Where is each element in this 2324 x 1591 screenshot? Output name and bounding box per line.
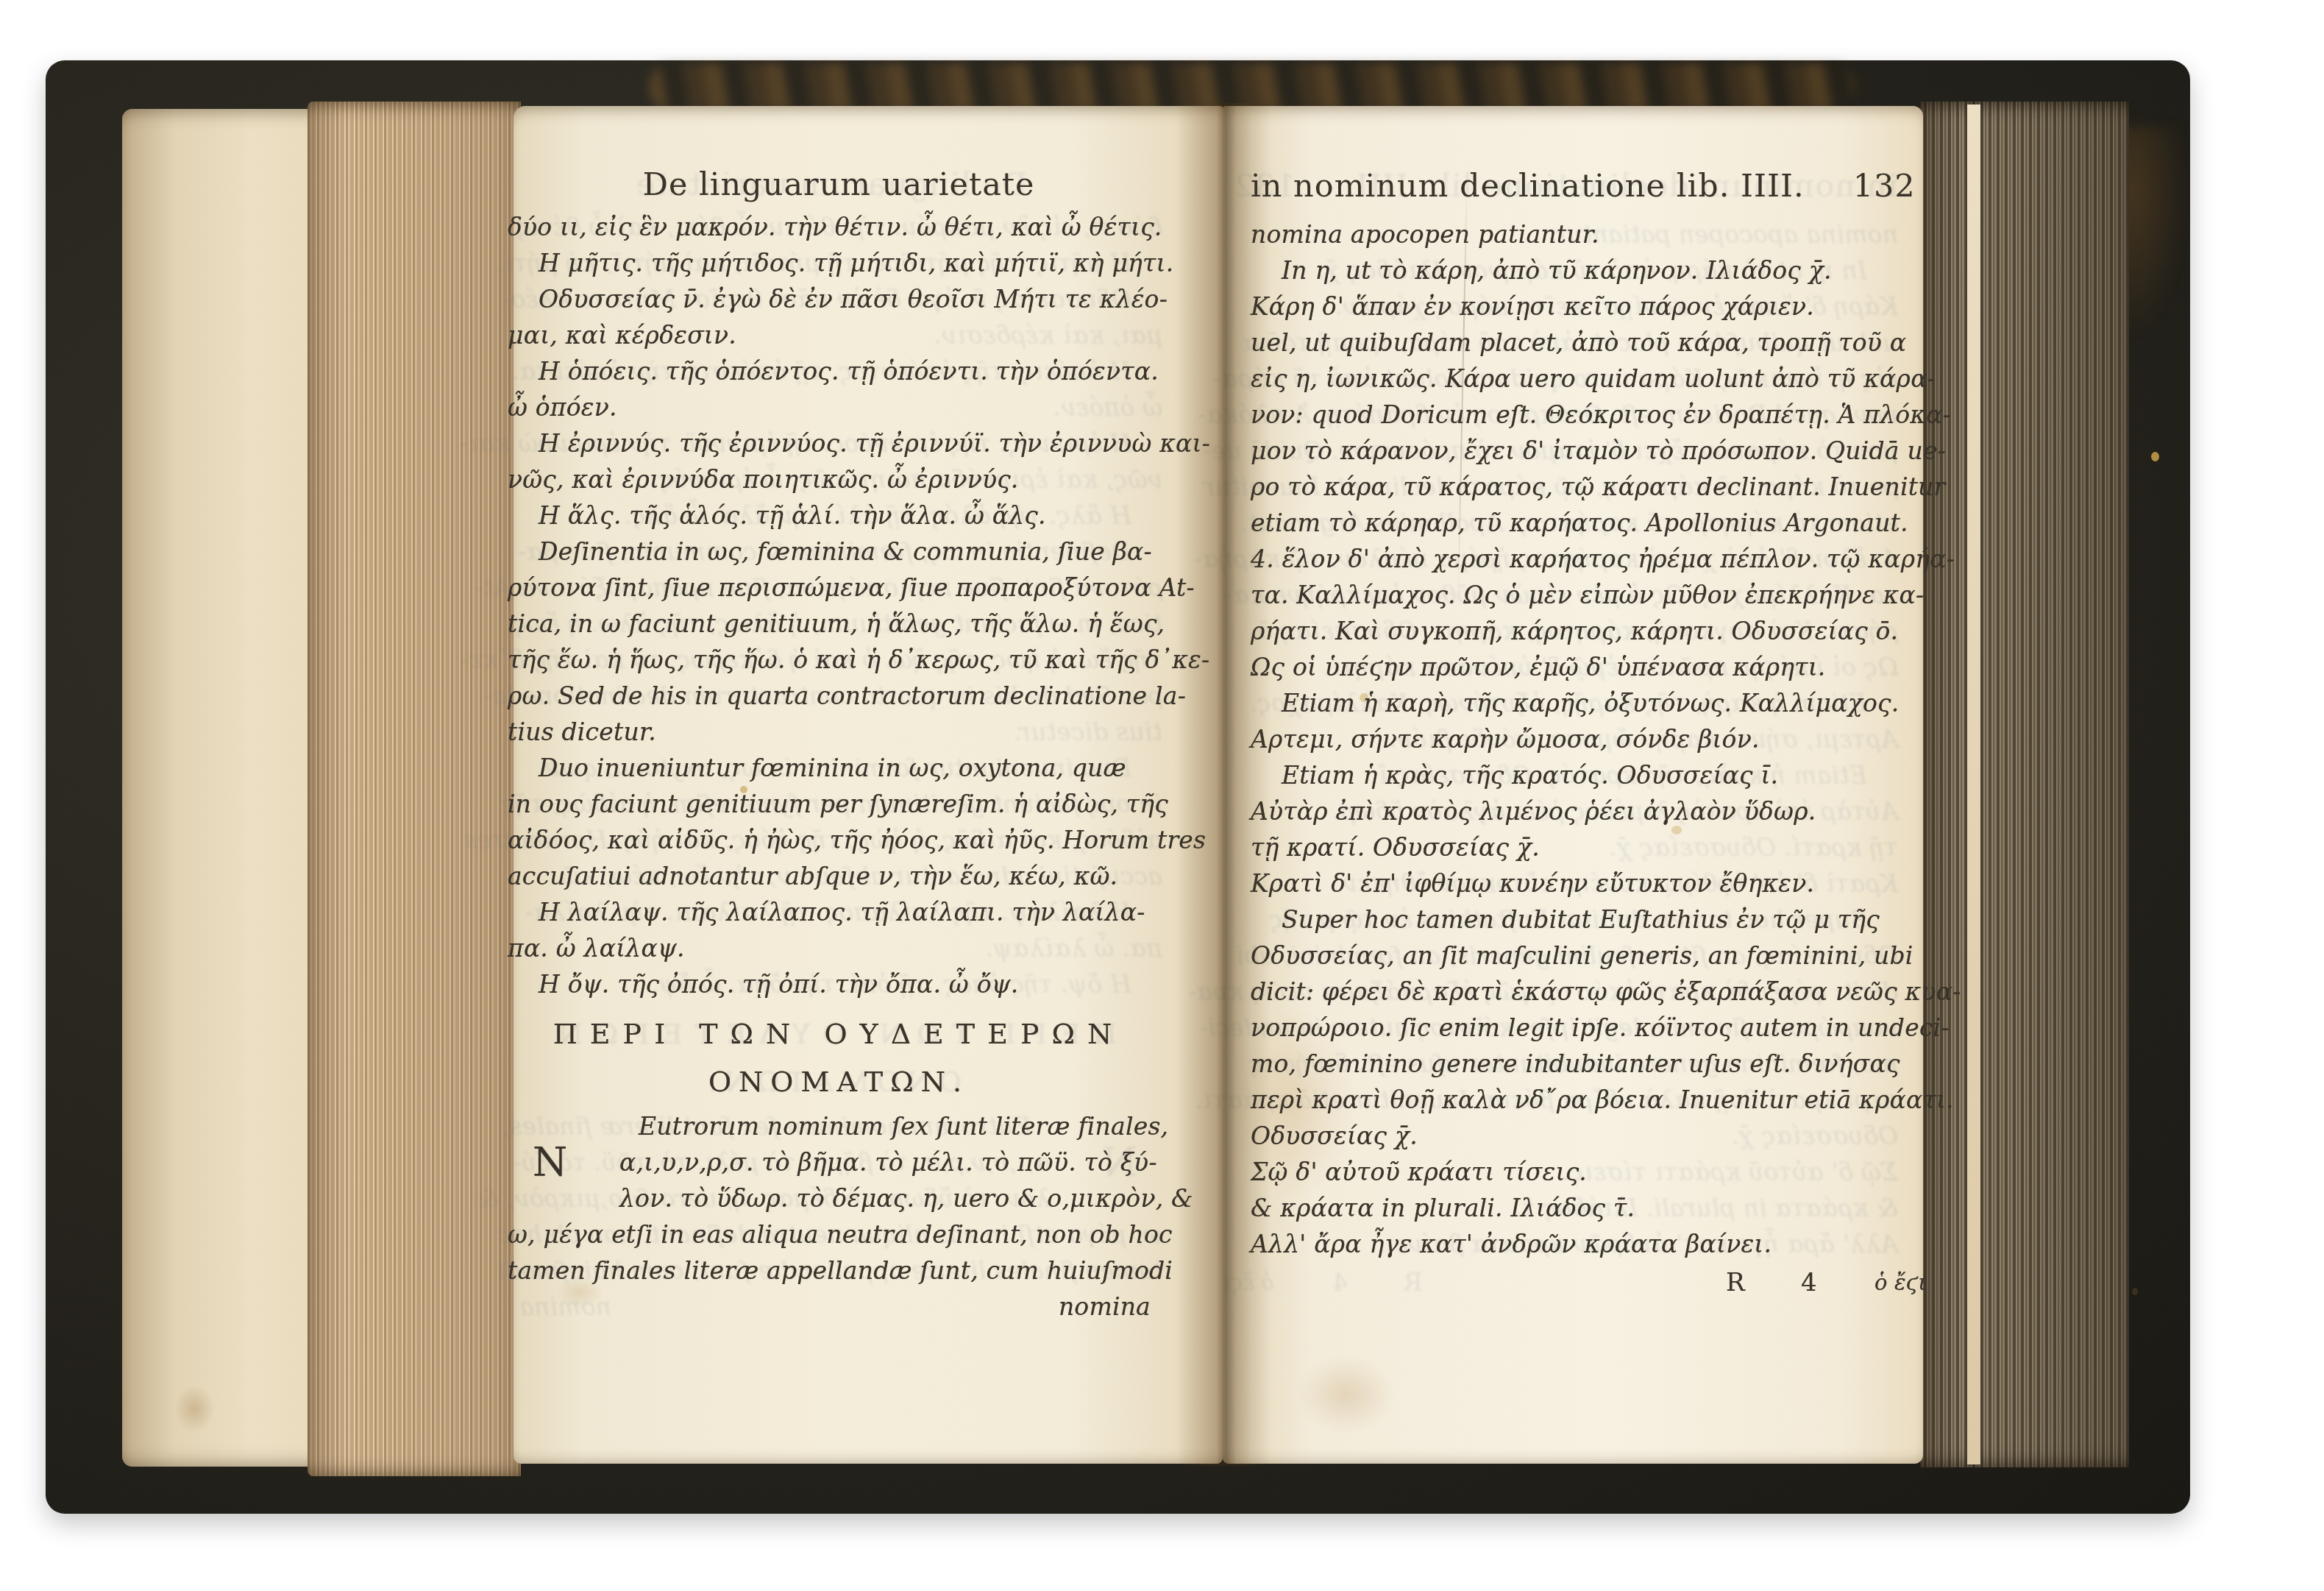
text-line: ρύτονα ſint, ſiue περισπώμενα, ſiue προπ… <box>508 570 1170 606</box>
text-line: Η ὄψ. τῆς ὀπός. τῇ ὀπί. τὴν ὄπα. ὦ ὄψ. <box>508 966 1170 1002</box>
text-line: εἰς η, ἰωνικῶς. Κάρα uero quidam uolunt … <box>1251 361 1905 397</box>
catchword: nomina <box>508 1289 1170 1325</box>
text-line: Eutrorum nominum ſex ſunt literæ finales… <box>508 1108 1170 1144</box>
text-line: Η ἅλς. τῆς ἁλός. τῇ ἁλί. τὴν ἅλα. ὦ ἅλς. <box>508 497 1170 534</box>
text-line: mo, fœminino genere indubitanter uſus eſ… <box>1251 1046 1905 1082</box>
text-line: In η, ut τὸ κάρη, ἀπὸ τῦ κάρηνον. Ιλιάδο… <box>1251 252 1905 288</box>
catchword: ὁ ἔϛι <box>1875 1265 1927 1301</box>
text-line: Deſinentia in ως, fœminina & communia, ſ… <box>508 534 1170 570</box>
text-line: Η λαίλαψ. τῆς λαίλαπος. τῇ λαίλαπι. τὴν … <box>508 894 1170 930</box>
text-line: Κάρη δ' ἅπαν ἐν κονίῃσι κεῖτο πάρος χάρι… <box>1251 288 1905 325</box>
page-edges-left <box>308 102 521 1476</box>
text-line: μαι, καὶ κέρδεσιν. <box>508 317 1170 353</box>
right-page-text: in nominum declinatione lib. IIII.132 no… <box>1251 165 1905 1300</box>
text-line: Κρατὶ δ' ἐπ' ἰφθίμῳ κυνέην εὔτυκτον ἔθηκ… <box>1251 865 1905 901</box>
text-line: Αὐτὰρ ἐπὶ κρατὸς λιμένος ῥέει ἀγλαὸν ὕδω… <box>1251 793 1905 829</box>
text-line: Η ἐριννύς. τῆς ἐριννύος. τῇ ἐριννύϊ. τὴν… <box>508 425 1170 461</box>
text-line: αἰδόος, καὶ αἰδῦς. ἡ ἠὼς, τῆς ἠόος, καὶ … <box>508 822 1170 858</box>
text-line: Η ὁπόεις. τῆς ὁπόεντος. τῇ ὁπόεντι. τὴν … <box>508 353 1170 389</box>
text-line: uel, ut quibuſdam placet, ἀπὸ τοῦ κάρα, … <box>1251 325 1905 361</box>
text-line: Αρτεμι, σήντε καρὴν ὤμοσα, σόνδε βιόν. <box>1251 721 1905 757</box>
text-line: & κράατα in plurali. Ιλιάδος τ̄. <box>1251 1190 1905 1226</box>
text-line: νοπρώροιο. ſic enim legit ipſe. κόϊντος … <box>1251 1010 1905 1046</box>
text-line: Duo inueniuntur fœminina in ως, oxytona,… <box>508 750 1170 786</box>
text-line: τῇ κρατί. Οδυσσείας χ̄. <box>1251 829 1905 865</box>
text-line: Αλλ' ἄρα ἦγε κατ' ἀνδρῶν κράατα βαίνει. <box>1251 1226 1905 1262</box>
text-line: Nα,ι,υ,ν,ρ,σ. τὸ βῆμα. τὸ μέλι. τὸ πῶϋ. … <box>508 1144 1170 1180</box>
text-line: τῆς ἕω. ἡ ἥως, τῆς ἥω. ὁ καὶ ἡ δ᾽κερως, … <box>508 642 1170 678</box>
text-line: νῶς, καὶ ἐριννύδα ποιητικῶς. ὦ ἐριννύς. <box>508 461 1170 497</box>
text-line: tamen finales literæ appellandæ ſunt, cu… <box>508 1252 1170 1289</box>
text-line: Super hoc tamen dubitat Euſtathius ἐν τῷ… <box>1251 901 1905 938</box>
page-edges-right <box>1920 102 2129 1467</box>
text-line: 4. ἕλον δ' ἀπὸ χερσὶ καρήατος ἠρέμα πέπλ… <box>1251 541 1905 577</box>
page-edge-sliver <box>1967 104 1980 1464</box>
right-page-body: nomina apocopen patiantur.In η, ut τὸ κά… <box>1251 216 1905 1300</box>
drop-cap: N <box>533 1144 567 1180</box>
text-line: νον: quod Doricum eſt. Θεόκριτος ἐν δραπ… <box>1251 397 1905 433</box>
text-line: Οδυσσείας ν̄. ἐγὼ δὲ ἐν πᾶσι θεοῖσι Μήτι… <box>508 281 1170 317</box>
left-page-body: δύο ιι, εἰς ἓν μακρόν. τὴν θέτιν. ὦ θέτι… <box>508 209 1170 1325</box>
right-running-header-text: in nominum declinatione lib. IIII. <box>1251 168 1805 205</box>
left-running-header: De linguarum uarietate <box>508 163 1170 206</box>
left-page-text: De linguarum uarietate δύο ιι, εἰς ἓν μα… <box>508 163 1170 1325</box>
text-line: Etiam ἡ κρὰς, τῆς κρατός. Οδυσσείας ῑ. <box>1251 757 1905 793</box>
text-line: Η μῆτις. τῆς μήτιδος. τῇ μήτιδι, καὶ μήτ… <box>508 245 1170 281</box>
text-line: tius dicetur. <box>508 714 1170 750</box>
text-line: Etiam ἡ καρὴ, τῆς καρῆς, ὀξυτόνως. Καλλί… <box>1251 685 1905 721</box>
foxing-spot <box>2151 452 2159 461</box>
text-line: Σῷ δ' αὐτοῦ κράατι τίσεις. <box>1251 1154 1905 1190</box>
text-line: Οδυσσείας, an ſit maſculini generis, an … <box>1251 938 1905 974</box>
right-running-header: in nominum declinatione lib. IIII.132 <box>1251 165 1905 208</box>
text-line: Οδυσσείας χ̄. <box>1251 1118 1905 1154</box>
book: De linguarum uarietate δύο ιι, εἰς ἓν μα… <box>46 60 2190 1514</box>
cover-top-edge <box>649 63 1855 110</box>
section-heading: ΠΕΡΙ ΤΩΝ ΟΥΔΕΤΕΡΩΝ <box>508 1002 1170 1058</box>
text-line: tica, in ω faciunt genitiuum, ἡ ἅλως, τῆ… <box>508 606 1170 642</box>
text-line: in ους faciunt genitiuum per ſynæreſim. … <box>508 786 1170 822</box>
text-line: ρήατι. Καὶ συγκοπῆ, κάρητος, κάρητι. Οδυ… <box>1251 613 1905 649</box>
text-line: accuſatiui adnotantur abſque ν, τὴν ἕω, … <box>508 858 1170 894</box>
text-line: πα. ὦ λαίλαψ. <box>508 930 1170 966</box>
text-line: nomina apocopen patiantur. <box>1251 216 1905 252</box>
text-line: περὶ κρατὶ θοῇ καλὰ νδ῎ρα βόεια. Inuenit… <box>1251 1082 1905 1118</box>
text-line: dicit: φέρει δὲ κρατὶ ἑκάστῳ φῶς ἐξαρπάξ… <box>1251 974 1905 1010</box>
ink-speck <box>2132 1288 2138 1295</box>
text-line: τα. Καλλίμαχος. Ως ὁ μὲν εἰπὼν μῦθον ἐπε… <box>1251 577 1905 613</box>
text-line: λον. τὸ ὕδωρ. τὸ δέμας. η, uero & ο,μικρ… <box>508 1180 1170 1216</box>
photo-of-open-book: { "palette":{ "ink":"#39332a", "paper_le… <box>0 0 2324 1591</box>
signature-mark: R <box>1726 1265 1745 1301</box>
section-heading: ΟΝΟΜΑΤΩΝ. <box>508 1058 1170 1108</box>
text-line: ω, μέγα etſi in eas aliqua neutra deſina… <box>508 1216 1170 1252</box>
text-line: δύο ιι, εἰς ἓν μακρόν. τὴν θέτιν. ὦ θέτι… <box>508 209 1170 245</box>
text-line: Ως οἱ ὑπέϛην πρῶτον, ἐμῷ δ' ὑπένασα κάρη… <box>1251 649 1905 685</box>
text-line: μον τὸ κάρανον, ἔχει δ' ἰταμὸν τὸ πρόσωπ… <box>1251 433 1905 469</box>
folio-number: 132 <box>1853 168 1916 205</box>
text-line: etiam τὸ κάρηαρ, τῦ καρήατος. Apollonius… <box>1251 505 1905 541</box>
text-line: ρο τὸ κάρα, τῦ κάρατος, τῷ κάρατι declin… <box>1251 469 1905 505</box>
signature-number: 4 <box>1801 1265 1817 1301</box>
text-line: ὦ ὁπόεν. <box>508 389 1170 425</box>
text-line: ρω. Sed de his in quarta contractorum de… <box>508 678 1170 714</box>
signature-row: R4ὁ ἔϛι <box>1251 1262 1905 1300</box>
